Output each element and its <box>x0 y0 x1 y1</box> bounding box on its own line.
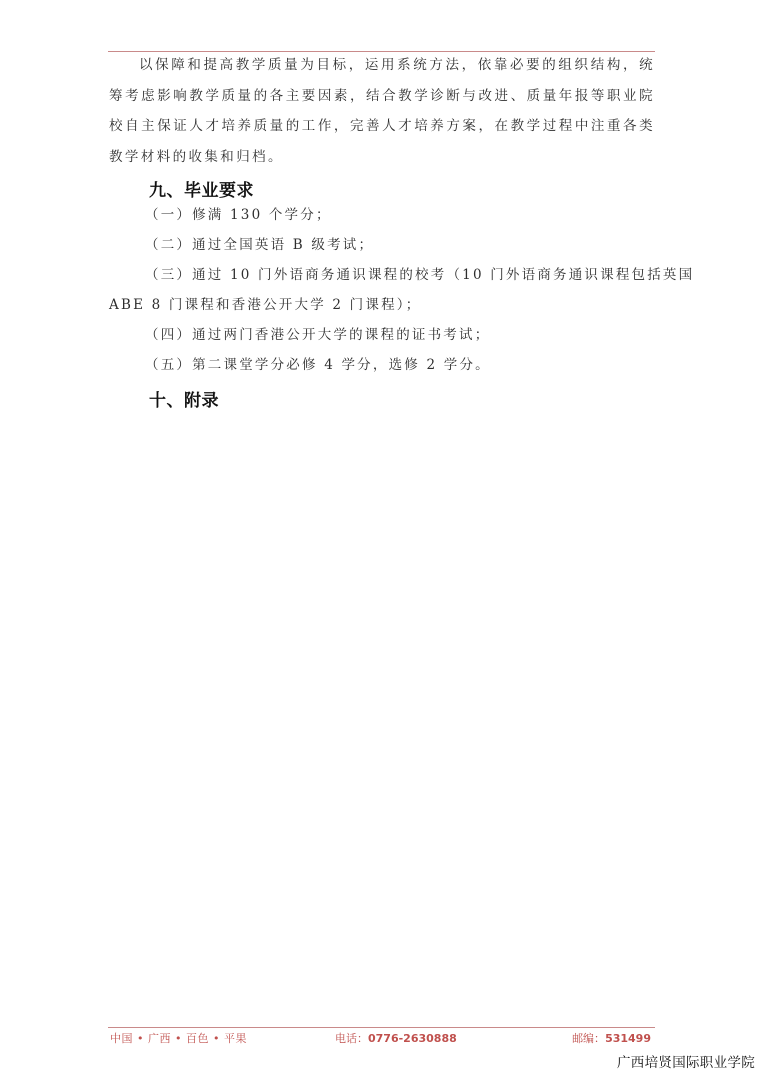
phone-label: 电话： <box>335 1032 368 1045</box>
phone-number: 0776-2630888 <box>368 1032 457 1045</box>
footer-phone: 电话：0776-2630888 <box>335 1030 457 1046</box>
page-footer: 中国 • 广西 • 百色 • 平果 电话：0776-2630888 邮编：531… <box>108 1030 655 1046</box>
footer-zip: 邮编：531499 <box>572 1030 651 1046</box>
requirement-item: （一）修满 130 个学分； <box>109 203 691 223</box>
section-heading-graduation-requirements: 九、毕业要求 <box>109 176 254 201</box>
zip-code: 531499 <box>605 1032 651 1045</box>
requirement-item-continuation: ABE 8 门课程和香港公开大学 2 门课程）； <box>109 293 655 313</box>
school-name: 广西培贤国际职业学院 <box>617 1051 755 1071</box>
section-heading-appendix: 十、附录 <box>109 386 219 411</box>
requirement-item: （四）通过两门香港公开大学的课程的证书考试； <box>109 323 691 343</box>
requirement-item: （三）通过 10 门外语商务通识课程的校考（10 门外语商务通识课程包括英国 <box>109 263 691 283</box>
zip-label: 邮编： <box>572 1032 605 1045</box>
page-content: 以保障和提高教学质量为目标，运用系统方法，依靠必要的组织结构，统筹考虑影响教学质… <box>109 50 655 172</box>
footer-rule <box>108 1027 655 1028</box>
requirement-item: （二）通过全国英语 B 级考试； <box>109 233 691 253</box>
footer-location: 中国 • 广西 • 百色 • 平果 <box>110 1030 247 1046</box>
requirement-item: （五）第二课堂学分必修 4 学分，选修 2 学分。 <box>109 353 691 373</box>
intro-paragraph: 以保障和提高教学质量为目标，运用系统方法，依靠必要的组织结构，统筹考虑影响教学质… <box>109 50 655 172</box>
